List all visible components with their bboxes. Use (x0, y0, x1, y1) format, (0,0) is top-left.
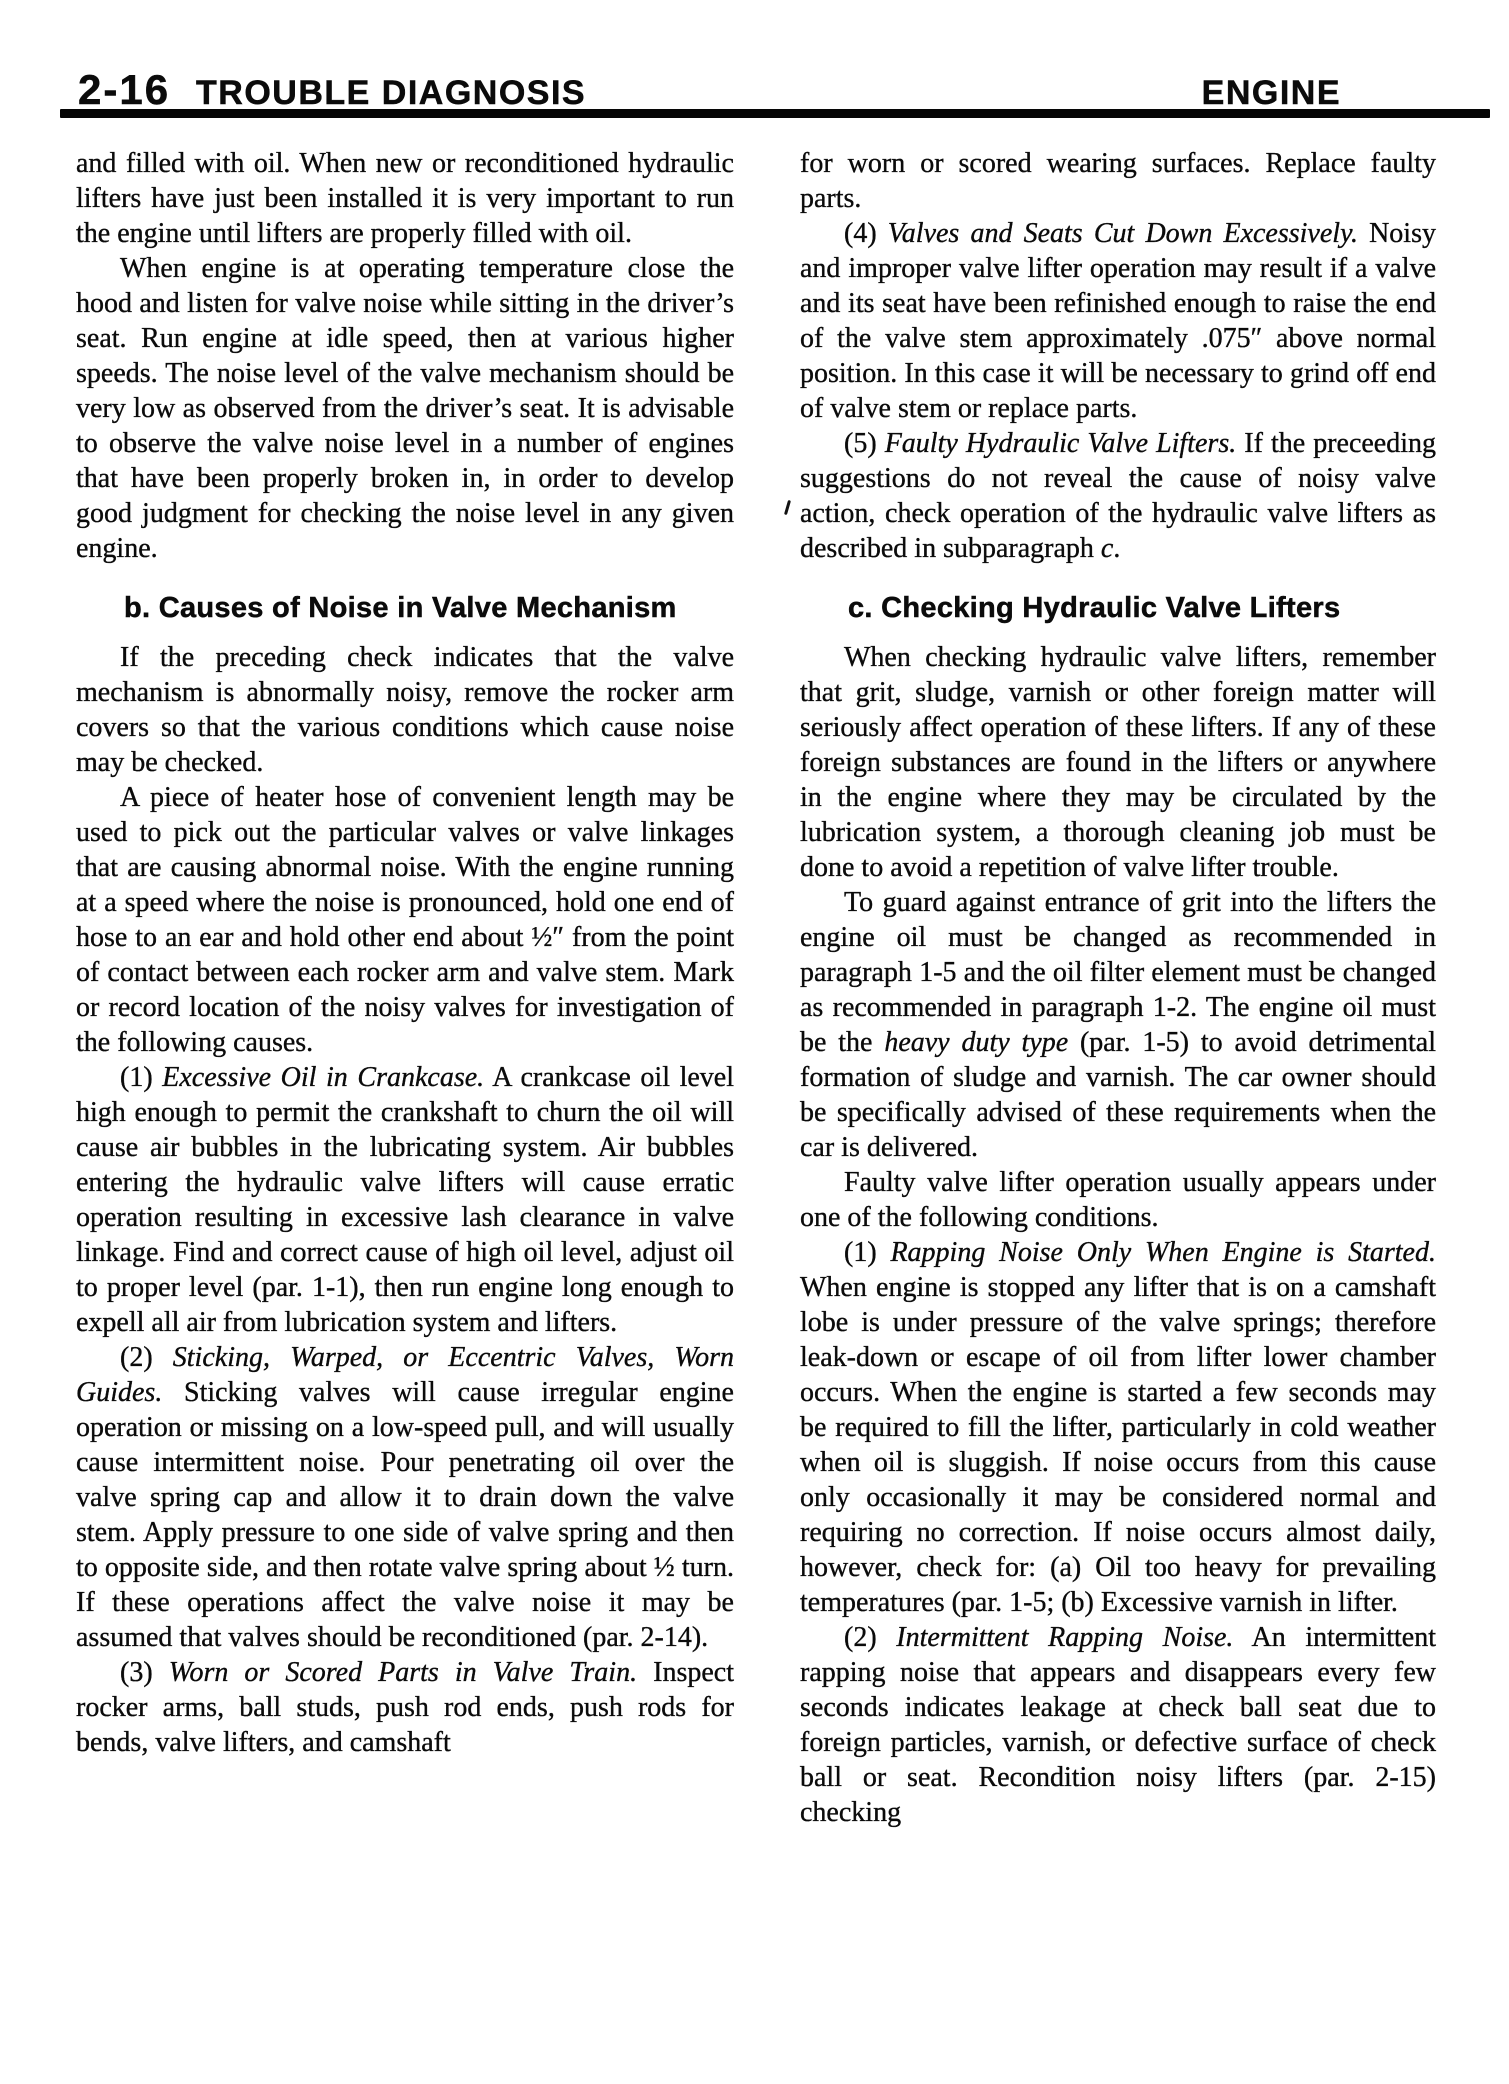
text-run: When engine is stopped any lifter that i… (800, 1272, 1436, 1618)
italic-run: Valves and Seats Cut Down Excessively. (888, 218, 1358, 249)
paragraph: Faulty valve lifter operation usually ap… (800, 1165, 1436, 1235)
text-run: Faulty valve lifter operation usually ap… (800, 1167, 1436, 1233)
section-heading-c: c. Checking Hydraulic Valve Lifters (800, 591, 1436, 625)
paragraph: To guard against entrance of grit into t… (800, 885, 1436, 1165)
page-header: 2-16 TROUBLE DIAGNOSIS ENGINE (0, 62, 1509, 114)
text-run: When checking hydraulic valve lifters, r… (800, 642, 1436, 883)
chapter-title: ENGINE (1202, 74, 1341, 113)
paragraph: (1) Rapping Noise Only When Engine is St… (800, 1235, 1436, 1620)
paragraph: (4) Valves and Seats Cut Down Excessivel… (800, 216, 1436, 426)
paragraph: (5) Faulty Hydraulic Valve Lifters. If t… (800, 426, 1436, 566)
italic-run: Worn or Scored Parts in Valve Train. (169, 1657, 637, 1688)
text-run: (4) (844, 218, 888, 249)
paragraph: (2) Sticking, Warped, or Eccentric Valve… (76, 1340, 734, 1655)
paragraph: for worn or scored wearing surfaces. Rep… (800, 146, 1436, 216)
text-run: If the preceding check indicates that th… (76, 642, 734, 778)
section-heading-b: b. Causes of Noise in Valve Mechanism (76, 591, 734, 625)
text-run: (1) (844, 1237, 890, 1268)
section-title: TROUBLE DIAGNOSIS (196, 74, 586, 113)
right-column: for worn or scored wearing surfaces. Rep… (800, 146, 1436, 1830)
text-run: When engine is at operating temperature … (76, 253, 734, 564)
italic-run: heavy duty type (884, 1027, 1068, 1058)
text-run: A piece of heater hose of convenient len… (76, 782, 734, 1058)
text-run: and filled with oil. When new or recondi… (76, 148, 734, 249)
paragraph: A piece of heater hose of convenient len… (76, 780, 734, 1060)
italic-run: c (1101, 533, 1113, 564)
italic-run: Rapping Noise Only When Engine is Starte… (890, 1237, 1436, 1268)
italic-run: Excessive Oil in Crankcase. (162, 1062, 484, 1093)
paragraph: (2) Intermittent Rapping Noise. An inter… (800, 1620, 1436, 1830)
text-run: A crankcase oil level high enough to per… (76, 1062, 734, 1338)
text-run: Sticking valves will cause irregular eng… (76, 1377, 734, 1653)
paragraph: When checking hydraulic valve lifters, r… (800, 640, 1436, 885)
text-run: (2) (844, 1622, 896, 1653)
text-run: (3) (120, 1657, 169, 1688)
header-rule (60, 109, 1490, 118)
italic-run: Intermittent Rapping Noise. (896, 1622, 1233, 1653)
text-run: (1) (120, 1062, 162, 1093)
text-run: (5) (844, 428, 885, 459)
scan-artifact-mark (784, 500, 791, 515)
text-run: for worn or scored wearing surfaces. Rep… (800, 148, 1436, 214)
paragraph: (1) Excessive Oil in Crankcase. A crankc… (76, 1060, 734, 1340)
text-run: (2) (120, 1342, 173, 1373)
italic-run: Faulty Hydraulic Valve Lifters. (885, 428, 1237, 459)
paragraph: When engine is at operating temperature … (76, 251, 734, 566)
paragraph: and filled with oil. When new or recondi… (76, 146, 734, 251)
left-column: and filled with oil. When new or recondi… (76, 146, 734, 1760)
page-number: 2-16 (78, 66, 170, 114)
text-run: . (1113, 533, 1120, 564)
paragraph: (3) Worn or Scored Parts in Valve Train.… (76, 1655, 734, 1760)
paragraph: If the preceding check indicates that th… (76, 640, 734, 780)
